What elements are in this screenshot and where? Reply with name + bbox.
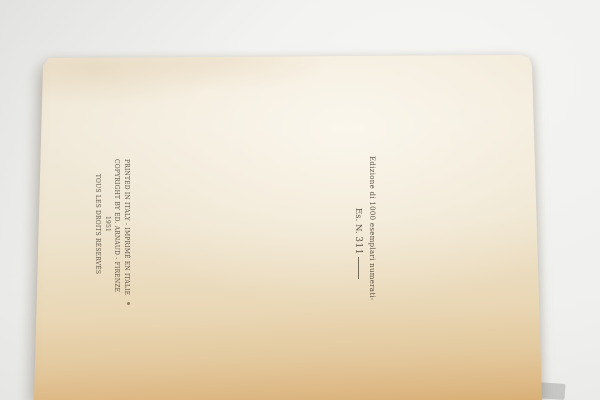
photo-backdrop: Edizione di 1000 esemplari numerati Es. …: [0, 0, 600, 400]
imprint-line-printed-in-italy: PRINTED IN ITALY - IMPRIMÉ EN ITALIE: [122, 159, 132, 289]
copy-number-prefix: Es. N.: [353, 208, 363, 234]
copy-number-line: Es. N. 311: [351, 156, 365, 286]
imprint-line-year: 1951: [103, 159, 113, 289]
paper-sheet-shadow: Edizione di 1000 esemplari numerati Es. …: [0, 0, 600, 400]
imprint-line-rights-reserved: TOUS LES DROITS RÉSERVÉS: [93, 159, 103, 289]
copy-number: 311: [353, 236, 363, 255]
edition-statement: Edizione di 1000 esemplari numerati: [365, 156, 378, 286]
paper-sheet: Edizione di 1000 esemplari numerati Es. …: [0, 0, 600, 400]
imprint-line-copyright: COPYRIGHT BY ED. ARNAUD - FIRENZE: [112, 159, 122, 289]
paper-fleck-small: [371, 298, 373, 300]
paper-fleck: [127, 302, 130, 305]
copy-number-rule: [358, 257, 360, 279]
imprint-block: PRINTED IN ITALY - IMPRIMÉ EN ITALIE COP…: [91, 159, 131, 289]
colophon-block: Edizione di 1000 esemplari numerati Es. …: [350, 156, 378, 286]
